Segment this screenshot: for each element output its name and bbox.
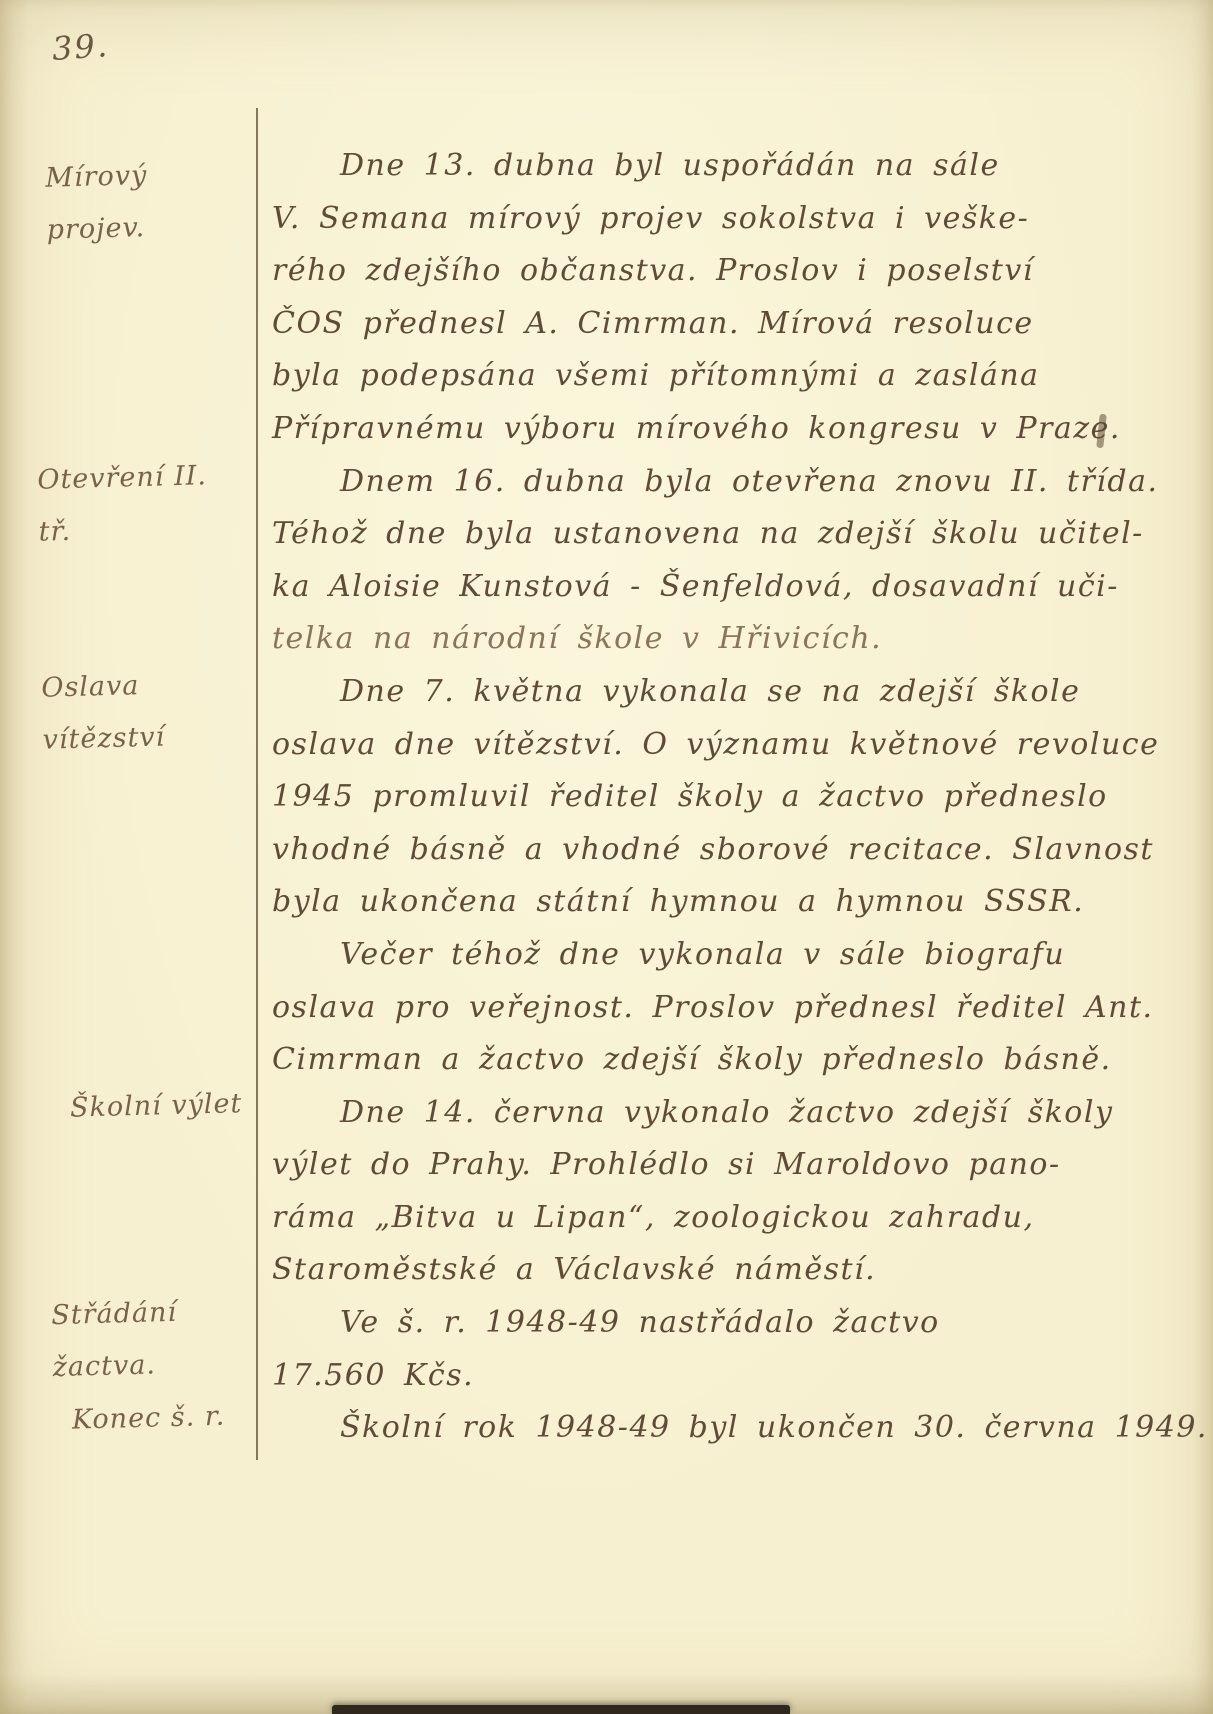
handwritten-line: vhodné básně a vhodné sborové recitace. … bbox=[272, 824, 1122, 877]
chronicle-page: 39. Mírový projev. Otevření II. tř. Osla… bbox=[0, 0, 1213, 1714]
handwritten-line: oslava dne vítězství. O významu květnové… bbox=[272, 719, 1122, 772]
handwritten-line: Téhož dne byla ustanovena na zdejší škol… bbox=[272, 508, 1122, 561]
handwritten-line: Večer téhož dne vykonala v sále biografu bbox=[272, 929, 1122, 982]
photo-edge-shadow bbox=[332, 1705, 790, 1714]
handwritten-line: byla ukončena státní hymnou a hymnou SSS… bbox=[272, 876, 1122, 929]
margin-note-stradani-zactva: Střádání žactva. bbox=[51, 1286, 214, 1394]
handwritten-line: rého zdejšího občanstva. Proslov i posel… bbox=[272, 245, 1122, 298]
handwritten-line: Cimrman a žactvo zdejší školy předneslo … bbox=[272, 1034, 1122, 1087]
margin-note-mirovy-projev: Mírový projev. bbox=[45, 147, 253, 256]
page-number: 39. bbox=[51, 26, 110, 68]
handwritten-line: Dnem 16. dubna byla otevřena znovu II. t… bbox=[272, 456, 1122, 509]
main-text-column: Dne 13. dubna byl uspořádán na sále V. S… bbox=[272, 140, 1122, 1455]
handwritten-line: oslava pro veřejnost. Proslov přednesl ř… bbox=[272, 982, 1122, 1035]
handwritten-line: 1945 promluvil ředitel školy a žactvo př… bbox=[272, 771, 1122, 824]
handwritten-line: výlet do Prahy. Prohlédlo si Maroldovo p… bbox=[272, 1139, 1122, 1192]
margin-note-otevreni-tridy: Otevření II. tř. bbox=[37, 449, 245, 558]
margin-rule-line bbox=[256, 108, 258, 1460]
handwritten-line: ráma „Bitva u Lipan“, zoologickou zahrad… bbox=[272, 1192, 1122, 1245]
handwritten-line: V. Semana mírový projev sokolstva i vešk… bbox=[272, 193, 1122, 246]
handwritten-line: Ve š. r. 1948-49 nastřádalo žactvo bbox=[272, 1297, 1122, 1350]
margin-note-skolni-vylet: Školní výlet bbox=[69, 1077, 275, 1134]
handwritten-line: Přípravnému výboru mírového kongresu v P… bbox=[272, 403, 1122, 456]
handwritten-line: telka na národní škole v Hřivicích. bbox=[272, 613, 1122, 666]
handwritten-line: ka Aloisie Kunstová - Šenfeldová, dosava… bbox=[272, 561, 1122, 614]
handwritten-line: 17.560 Kčs. bbox=[272, 1350, 1122, 1403]
margin-note-konec-skolniho-roku: Konec š. r. bbox=[71, 1389, 277, 1446]
margin-note-oslava-vitezstvi: Oslava vítězství bbox=[41, 657, 249, 766]
handwritten-line: ČOS přednesl A. Cimrman. Mírová resoluce bbox=[272, 298, 1122, 351]
handwritten-line: Dne 14. června vykonalo žactvo zdejší šk… bbox=[272, 1087, 1122, 1140]
handwritten-line: Staroměstské a Václavské náměstí. bbox=[272, 1244, 1122, 1297]
handwritten-line: byla podepsána všemi přítomnými a zaslán… bbox=[272, 350, 1122, 403]
handwritten-line: Školní rok 1948-49 byl ukončen 30. červn… bbox=[272, 1402, 1122, 1455]
handwritten-line: Dne 13. dubna byl uspořádán na sále bbox=[272, 140, 1122, 193]
handwritten-line: Dne 7. května vykonala se na zdejší škol… bbox=[272, 666, 1122, 719]
